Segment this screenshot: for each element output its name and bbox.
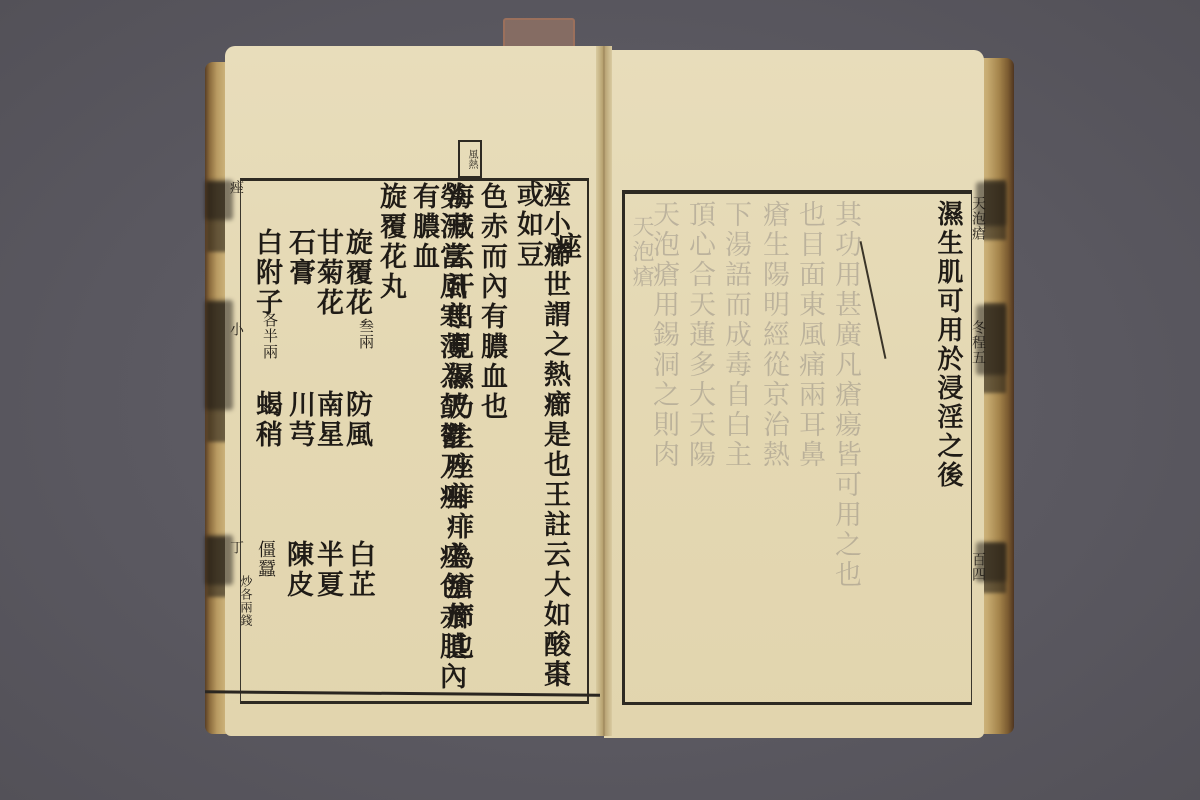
bleed-through-text: 下湯語而成毒自白主 [722, 200, 749, 690]
ingredient: 白芷 [346, 540, 373, 600]
ink-smudge [976, 305, 1006, 375]
ingredient-dose: 叁兩 [358, 318, 373, 350]
bleed-through-text: 天泡瘡用錫洞之則肉 [650, 200, 677, 690]
ink-smudge [205, 180, 233, 220]
formula-title: 旋覆花丸 [377, 182, 404, 302]
ingredient: 石膏 [286, 228, 313, 288]
ingredient: 防風 [343, 390, 370, 450]
ingredient: 蝎稍 [253, 390, 280, 450]
text-column: 勞汗當風寒薄為皶鬱乃痤 痤色赤䐜內有膿血 [410, 182, 464, 697]
ink-smudge [976, 182, 1006, 226]
ingredient: 南星 [314, 390, 341, 450]
bleed-through-text: 頂心合天蓮多大天陽 [686, 200, 713, 690]
ingredient-dose: 炒各兩錢 [240, 575, 252, 627]
bleed-through-text: 瘡生陽明經從京治熱 [760, 200, 787, 690]
bleed-through-text: 也目面東風痛兩耳鼻 [796, 200, 823, 690]
ingredient: 旋覆花 [343, 228, 370, 318]
ingredient: 陳皮 [284, 540, 311, 600]
text-column: 痤小癤世謂之熱癤是也王註云大如酸棗或如豆 [514, 180, 568, 695]
header-box: 風熱 [458, 140, 482, 178]
ingredient: 川芎 [286, 390, 313, 450]
ingredient: 僵蠶 [256, 540, 274, 578]
book-gutter [596, 46, 612, 736]
text-column: 濕生肌可用於浸淫之後 [935, 200, 961, 490]
ingredient: 甘菊花 [314, 228, 341, 318]
ink-smudge [976, 542, 1006, 582]
ingredient: 白附子 [253, 228, 280, 318]
bleed-through-text: 天泡瘡 [630, 215, 652, 290]
ink-smudge [205, 300, 233, 410]
ingredient-dose: 各半兩 [262, 312, 277, 360]
ingredient: 半夏 [314, 540, 341, 600]
ink-smudge [205, 535, 233, 585]
bleed-through-text: 其功用甚廣凡瘡瘍皆可用之也 [832, 200, 859, 690]
text-column: 色赤而內有膿血也 [478, 182, 505, 422]
